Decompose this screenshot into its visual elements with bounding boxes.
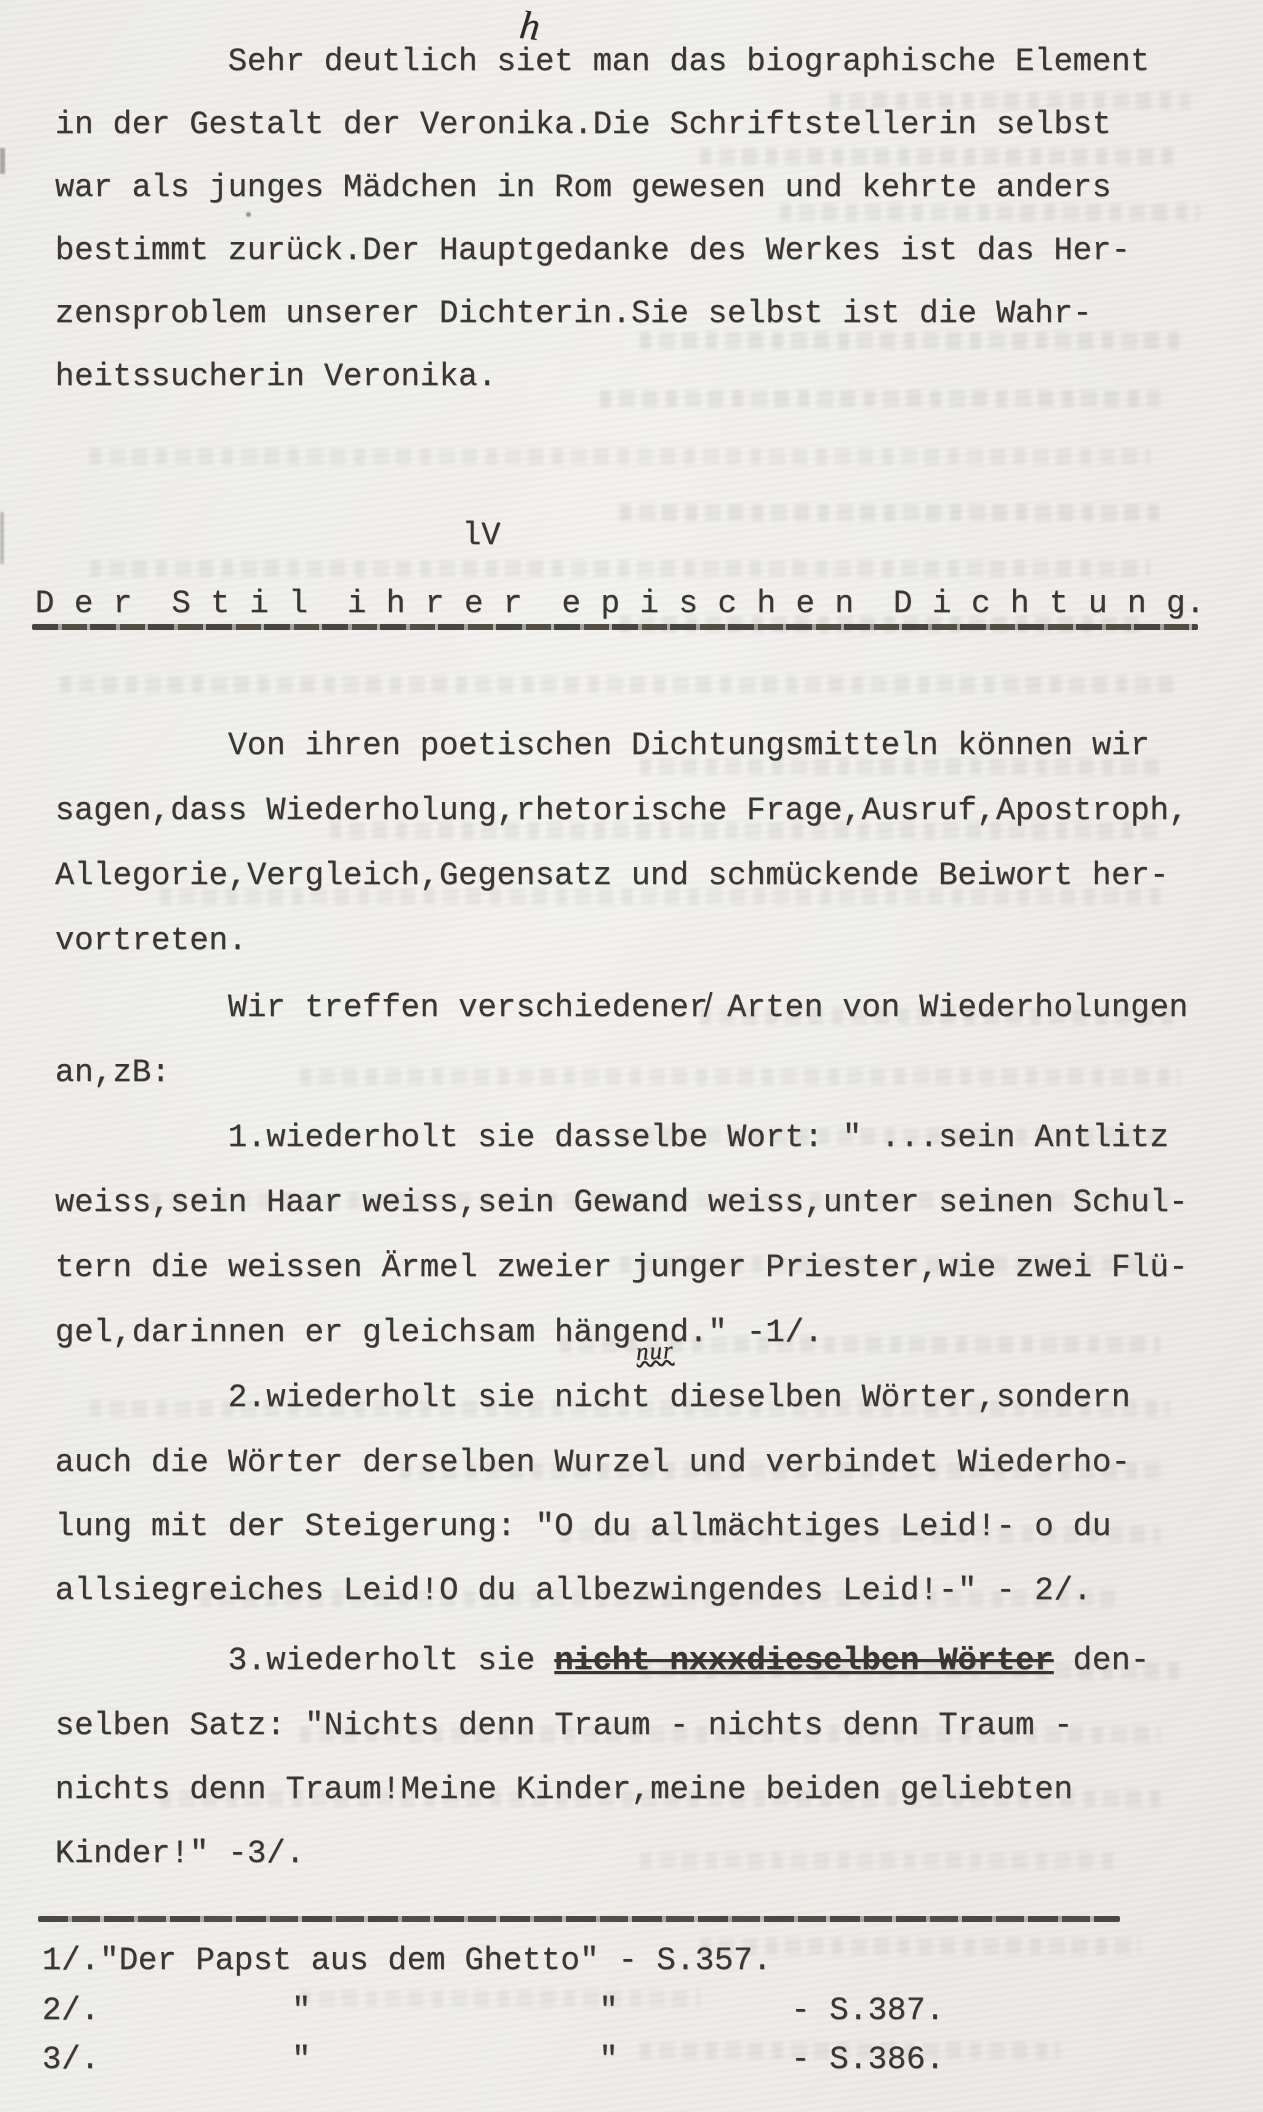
text-line: 1.wiederholt sie dasselbe Wort: " ...sei… [55, 1118, 1169, 1158]
handwritten-insertion-nur: nur [635, 1337, 674, 1367]
text-line: gel,darinnen er gleichsam hängend." -1/. [55, 1313, 823, 1353]
text-line: sagen,dass Wiederholung,rhetorische Frag… [55, 791, 1188, 831]
ink-speck [246, 212, 251, 217]
chapter-number: lV [462, 516, 500, 556]
text-line: nichts denn Traum!Meine Kinder,meine bei… [55, 1770, 1073, 1810]
footnote-separator [38, 1916, 1120, 1922]
struck-out-text: nicht nxxxdieselben Wörter [554, 1642, 1053, 1679]
text-line: Kinder!" -3/. [55, 1834, 305, 1874]
text-line: an,zB: [55, 1053, 170, 1093]
text-line: auch die Wörter derselben Wurzel und ver… [55, 1443, 1130, 1483]
text-line: tern die weissen Ärmel zweier junger Pri… [55, 1248, 1188, 1288]
footnote-line: 3/. " " - S.386. [42, 2040, 945, 2080]
text-line: 2.wiederholt sie nicht dieselben Wörter,… [55, 1378, 1130, 1418]
text-line: lung mit der Steigerung: "O du allmächti… [55, 1507, 1111, 1547]
text-line: bestimmt zurück.Der Hauptgedanke des Wer… [55, 231, 1130, 271]
text-line: selben Satz: "Nichts denn Traum - nichts… [55, 1706, 1073, 1746]
text-line: in der Gestalt der Veronika.Die Schrifts… [55, 105, 1111, 145]
text-line: war als junges Mädchen in Rom gewesen un… [55, 168, 1111, 208]
text-line: weiss,sein Haar weiss,sein Gewand weiss,… [55, 1183, 1188, 1223]
text-line: Von ihren poetischen Dichtungsmitteln kö… [55, 726, 1150, 766]
heading-underline [32, 624, 1198, 630]
text-line: allsiegreiches Leid!O du allbezwingendes… [55, 1571, 1092, 1611]
footnote-line: 1/."Der Papst aus dem Ghetto" - S.357. [42, 1941, 772, 1981]
text-line: vortreten. [55, 921, 247, 961]
text-line: Wir treffen verschiedener̸ Arten von Wie… [55, 988, 1188, 1028]
text-line: Sehr deutlich siet man das biographische… [55, 42, 1150, 82]
strikeout-prefix: 3.wiederholt sie [55, 1642, 554, 1679]
scanned-typescript-page: { "colors": { "paper": "#edebe7", "ink":… [0, 0, 1263, 2112]
text-line: heitssucherin Veronika. [55, 357, 497, 397]
page-edge-mark [0, 148, 5, 174]
text-line-with-strikeout: 3.wiederholt sie nicht nxxxdieselben Wör… [55, 1641, 1150, 1681]
page-edge-mark [0, 512, 4, 564]
footnote-line: 2/. " " - S.387. [42, 1991, 945, 2031]
text-line: zensproblem unserer Dichterin.Sie selbst… [55, 294, 1092, 334]
strikeout-suffix: den- [1054, 1642, 1150, 1679]
section-heading: D e r S t i l i h r e r e p i s c h e n … [35, 584, 1205, 624]
text-line: Allegorie,Vergleich,Gegensatz und schmüc… [55, 856, 1169, 896]
